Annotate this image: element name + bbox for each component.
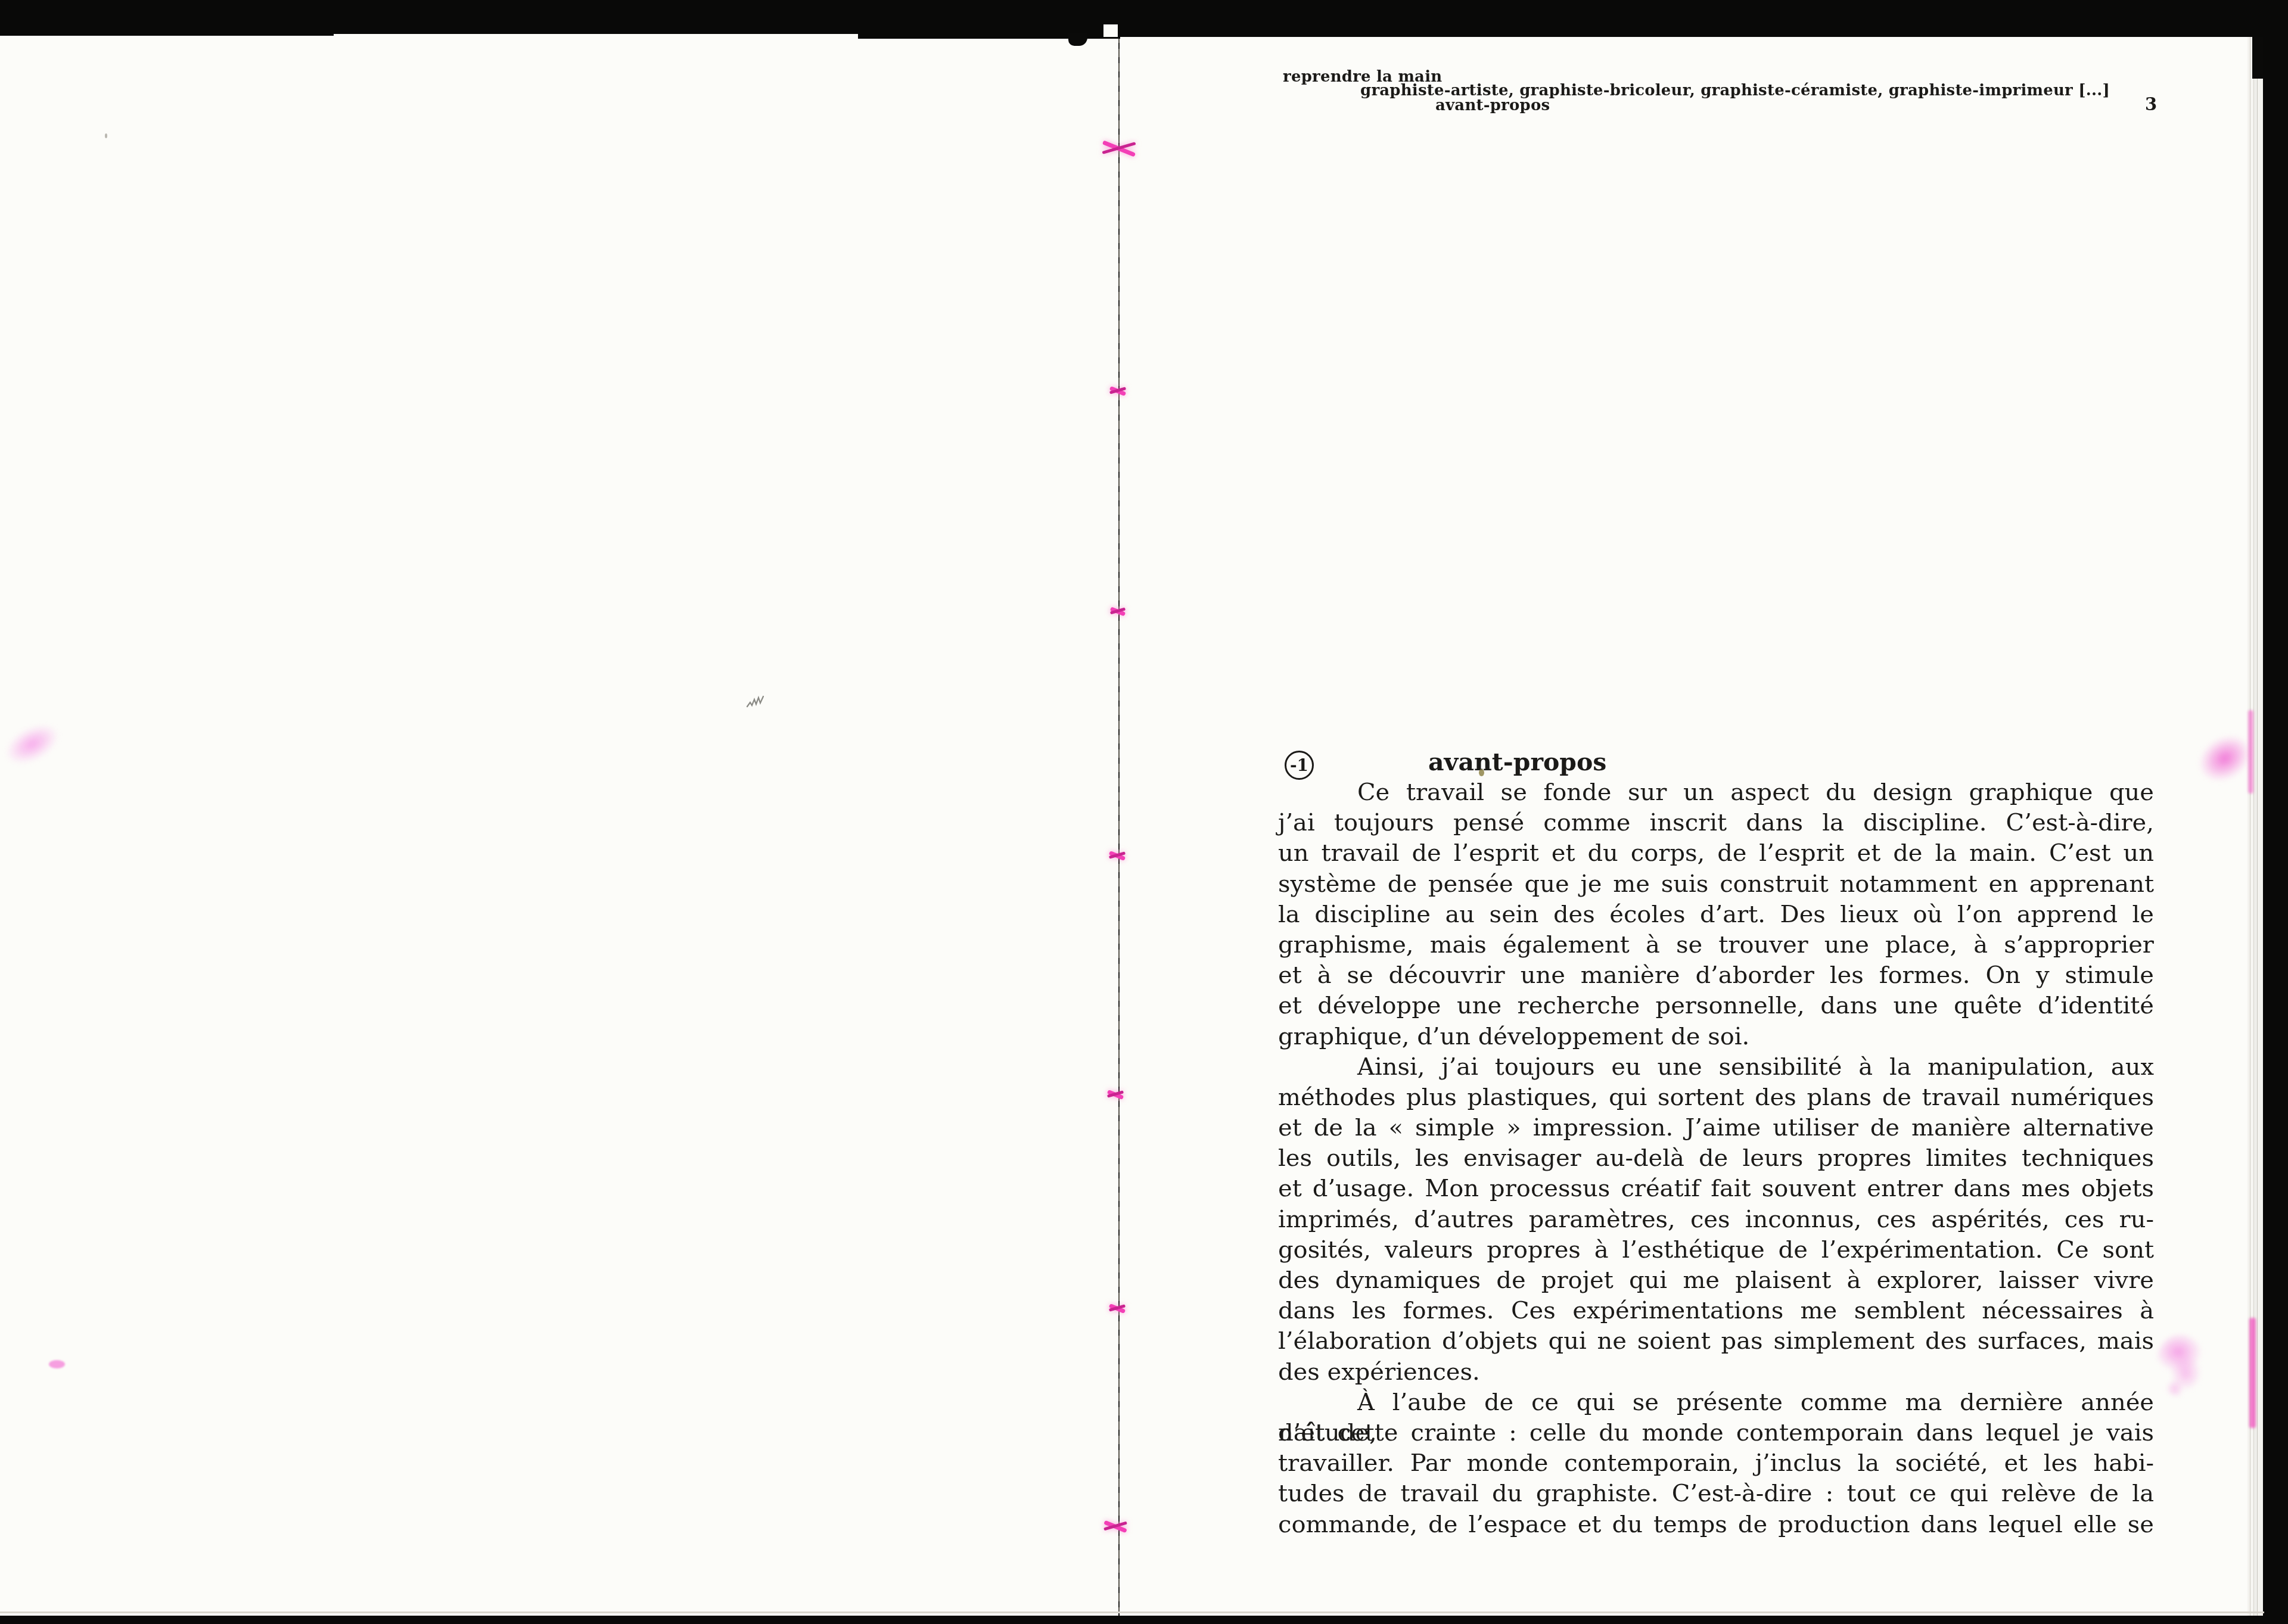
body-line: et d’usage. Mon processus créatif fait s… [1278,1174,2154,1204]
pink-edge-streak [2249,1318,2256,1428]
body-line: travailler. Par monde contemporain, j’in… [1278,1448,2154,1479]
olive-speck [1479,769,1484,776]
running-header-line: avant-propos [1435,97,1550,114]
body-line: naît cette crainte : celle du monde cont… [1278,1418,2154,1448]
body-line: j’ai toujours pensé comme inscrit dans l… [1278,808,2154,838]
body-line: commande, de l’espace et du temps de pro… [1278,1510,2154,1540]
body-line: un travail de l’esprit et du corps, de l… [1278,838,2154,869]
body-line: l’élaboration d’objets qui ne soient pas… [1278,1326,2154,1357]
body-line: imprimés, d’autres paramètres, ces incon… [1278,1205,2154,1235]
pink-blotch-right [2156,1334,2206,1396]
body-text-block: -1 avant-propos Ce travail se fonde sur … [1278,746,2154,1540]
page-bottom-edge [0,1611,2264,1613]
thread-stitch-mark [1107,1088,1124,1102]
top-scan-border-segment [1119,0,2269,37]
body-line: tudes de travail du graphiste. C’est-à-d… [1278,1479,2154,1509]
body-line: dans les formes. Ces expérimentations me… [1278,1296,2154,1326]
body-line: graphique, d’un développement de soi. [1278,1022,2154,1052]
top-scan-border-segment [0,0,334,36]
body-line: méthodes plus plastiques, qui sortent de… [1278,1082,2154,1113]
body-line: système de pensée que je me suis constru… [1278,869,2154,900]
thread-stitch-mark [1103,1519,1127,1535]
body-line: Ce travail se fonde sur un aspect du des… [1278,777,2154,808]
body-line: Ainsi, j’ai toujours eu une sensibilité … [1278,1052,2154,1082]
pink-dot-left [49,1360,65,1368]
body-line: les outils, les envisager au-delà de leu… [1278,1143,2154,1174]
section-marker-number: -1 [1290,757,1308,774]
body-line: la discipline au sein des écoles d’art. … [1278,900,2154,930]
page-number: 3 [2145,94,2157,114]
thread-stitch-mark [1109,385,1126,398]
page-edge-notch [2252,35,2264,79]
body-line: et de la « simple » impression. J’aime u… [1278,1113,2154,1143]
body-line: et à se découvrir une manière d’aborder … [1278,960,2154,991]
section-heading: avant-propos [1428,746,1606,777]
gray-speck [105,133,107,138]
body-line: gosités, valeurs propres à l’esthétique … [1278,1235,2154,1265]
body-line: À l’aube de ce qui se présente comme ma … [1278,1387,2154,1418]
thread-stitch-mark [1102,141,1136,157]
thread-stitch-mark [1109,1302,1126,1315]
body-line: et développe une recherche personnelle, … [1278,991,2154,1021]
left-page [0,34,1118,1616]
section-marker-circle: -1 [1285,751,1314,780]
body-line: des expériences. [1278,1357,2154,1387]
body-line: des dynamiques de projet qui me plaisent… [1278,1265,2154,1296]
right-scan-border [2263,0,2288,1624]
bottom-scan-border [0,1616,2288,1624]
thread-stitch-mark [1109,850,1126,863]
paragraphs: Ce travail se fonde sur un aspect du des… [1278,777,2154,1540]
gutter-light-slit [1103,24,1118,37]
section-heading-row: -1 avant-propos [1278,746,2154,777]
thread-stitch-mark [1110,606,1126,618]
pencil-squiggle-mark [746,695,766,710]
gutter-fold-line [1118,35,1120,1613]
scanned-book-spread: reprendre la main graphiste-artiste, gra… [0,0,2288,1624]
body-line: graphisme, mais également à se trouver u… [1278,930,2154,960]
